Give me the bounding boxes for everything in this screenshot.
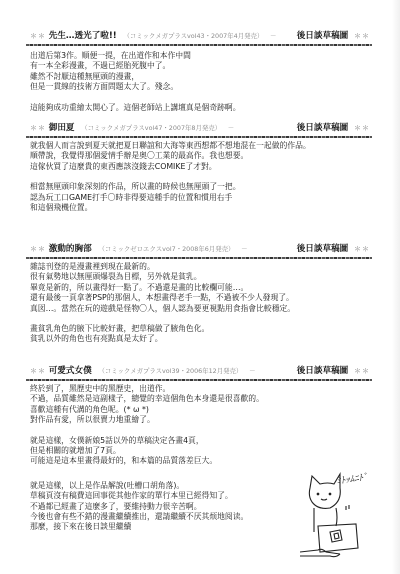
header-right: 後日談草稿圖 ＊＊ [297, 121, 370, 135]
separator-dash: － [228, 124, 234, 132]
text-line: 可能這是這本里畫得最好的，和本篇的品質落差巨大。 [30, 456, 370, 466]
stars-right: ＊＊ [354, 32, 370, 40]
stars-left: ＊＊ [30, 32, 46, 40]
separator-dash: － [270, 32, 276, 40]
text-line: 不過，品質雖然是這副樣子，總覺的幸這個角色本身還是很喜歡的。 [30, 394, 370, 404]
separator-dash: － [249, 367, 255, 375]
section-header: ＊＊ 激動的胸部 （コミックゼロエクスvol7・2008年6月発売） － 後日談… [30, 242, 370, 256]
section-source: （コミックメガプラスvol47・2007年8月発売） [81, 124, 221, 132]
section-title: 激動的胸部 [49, 244, 92, 254]
text-line: 雜誌刊登的是漫畫裡到現在最新的。 [30, 262, 370, 272]
text-line: 就我個人而言說到夏天就把夏日聯誼和大海等東西想都不想地混在一起做的作品。 [30, 141, 370, 151]
section-title: 可愛式女僕 [49, 366, 92, 376]
text-line: 順帶說，我覺得那個愛情手辦是奥〇工業的最高作。我也想要。 [30, 151, 370, 161]
section-header: ＊＊ 先生…透光了啦!! （コミックメガプラスvol43・2007年4月発売） … [30, 29, 370, 43]
text-line: 終於到了，黑歷史中的黑歷史，出道作。 [30, 384, 370, 394]
text-line: 認為玩工口GAME打手〇時非得要這種手的位置和慣用右手 [30, 193, 370, 203]
text-line: 雖然不討厭這種無厘頭的漫畫， [30, 72, 370, 82]
text-line: 但是相關的就增加了7頁。 [30, 446, 370, 456]
section-header: ＊＊ 御田夏 （コミックメガプラスvol47・2007年8月発売） － 後日談草… [30, 121, 370, 135]
text-line: 真図…。當然在玩的遊戲是怪物〇人，個人認為要更視點用食指會比較穩定。 [30, 304, 370, 314]
section-3: ＊＊ 激動的胸部 （コミックゼロエクスvol7・2008年6月発売） － 後日談… [30, 242, 370, 345]
section-source: （コミックゼロエクスvol7・2008年6月発売） [98, 245, 234, 253]
section-title: 先生…透光了啦!! [49, 31, 117, 41]
separator-dash: － [241, 245, 247, 253]
text-line: 和這個飛機位置。 [30, 203, 370, 213]
section-source: （コミックメガプラスvol43・2007年4月発売） [123, 32, 263, 40]
text-line: 就是這樣，女僕新娘5話以外的草稿決定各畫4頁， [30, 436, 370, 446]
text-line: 很有氣勢地以無厘頭爆裂為目標，另外就是貧乳。 [30, 272, 370, 282]
section-source: （コミックメガプラスvol39・2006年12月発売） [98, 367, 242, 375]
section-header: ＊＊ 可愛式女僕 （コミックメガプラスvol39・2006年12月発売） － 後… [30, 364, 370, 378]
text-line: 對作品有愛，所以很賣力地重繪了。 [30, 415, 370, 425]
stars-right: ＊＊ [354, 124, 370, 132]
stars-left: ＊＊ [30, 367, 46, 375]
stars-right: ＊＊ [354, 245, 370, 253]
text-line: 還有最後一頁拿著PSP的那個人，本想畫得老手一點，不過被不少人發現了。 [30, 293, 370, 303]
stars-left: ＊＊ [30, 124, 46, 132]
text-line: 貧乳以外的角色也有亮點真是太好了。 [30, 334, 370, 344]
text-line: 出道后第3作。順便一提，在出道作和本作中間 [30, 51, 370, 61]
header-right: 後日談草稿圖 ＊＊ [297, 29, 370, 43]
section-label: 後日談草稿圖 [297, 244, 349, 254]
text-line: 喜歡這種有代溝的角色呢。(* ω *) [30, 405, 370, 415]
text-line: 畢竟是新的，所以畫得好一點了。不過還是畫的比較欄可能…。 [30, 283, 370, 293]
text-line: 這傢伙買了這麼貴的東西應該沒錢去COMIKE了才對。 [30, 162, 370, 172]
section-2: ＊＊ 御田夏 （コミックメガプラスvol47・2007年8月発売） － 後日談草… [30, 121, 370, 213]
text-line: 但是一貫線的技術方面問題太大了。殘念。 [30, 82, 370, 92]
section-label: 後日談草稿圖 [297, 123, 349, 133]
section-title: 御田夏 [49, 123, 75, 133]
header-right: 後日談草稿圖 ＊＊ [297, 242, 370, 256]
text-line: 相當無厘頭印象深刻的作品，所以畫的時候也無厘頭了一把。 [30, 182, 370, 192]
text-line: 這能夠成功重繪太開心了。這個老師站上講壇真是個奇跡啊。 [30, 103, 370, 113]
stars-right: ＊＊ [354, 367, 370, 375]
header-right: 後日談草稿圖 ＊＊ [297, 364, 370, 378]
cat-doodle-icon [300, 470, 400, 574]
section-1: ＊＊ 先生…透光了啦!! （コミックメガプラスvol43・2007年4月発売） … [30, 29, 370, 113]
text-line: 畫貧乳角色的腋下比較好畫，把草稿做了腋角色化。 [30, 324, 370, 334]
section-label: 後日談草稿圖 [297, 31, 349, 41]
text-line: 有一本全彩漫畫，不過已經胎死腹中了。 [30, 61, 370, 71]
stars-left: ＊＊ [30, 245, 46, 253]
section-label: 後日談草稿圖 [297, 366, 349, 376]
